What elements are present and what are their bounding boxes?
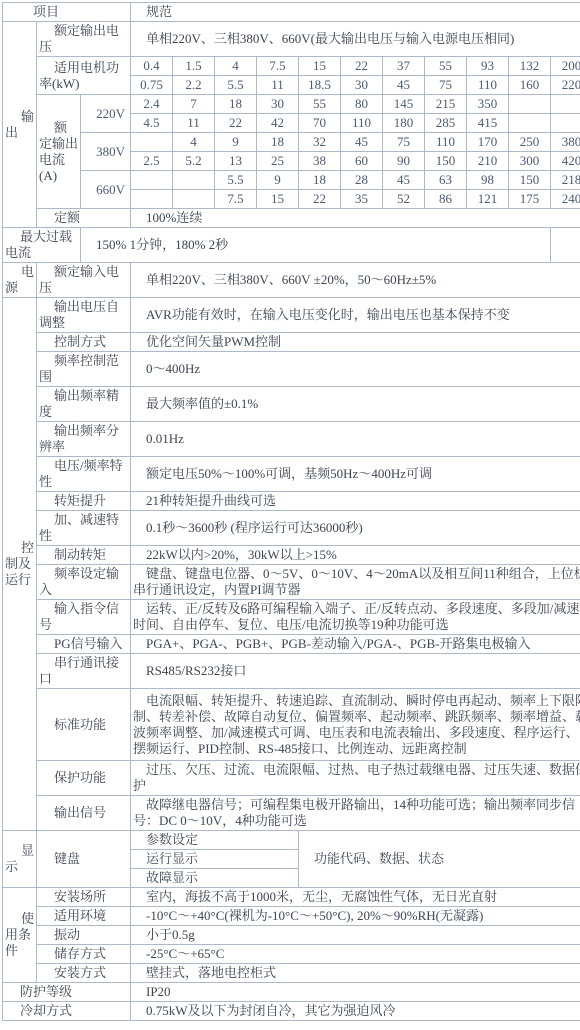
control-row-spec: 额定电压50%～100%可调，基频50Hz～400Hz可调: [131, 457, 580, 492]
rated-input-voltage-spec: 单相220V、三相380V、660V ±20%，50～60Hz±5%: [131, 263, 580, 298]
control-row: 输入指令信号 运转、正/反转及6路可编程输入端子、正/反转点动、多段速度、多段加…: [3, 600, 580, 635]
control-row-spec: 过压、欠压、过流、电流限幅、过热、电子热过载继电器、过压失速、数据保护: [131, 761, 580, 796]
display-content-cell: 功能代码、数据、状态: [299, 831, 580, 888]
control-row: PG信号输入 PGA+、PGA-、PGB+、PGB-差动输入/PGA-、PGB-…: [3, 635, 580, 654]
control-row-label: 输出信号: [37, 796, 131, 831]
condition-label: 振动: [37, 926, 131, 945]
rated-current-row-380v: 380V 4918324575110170250380: [3, 133, 580, 152]
value-cell: 11: [257, 76, 299, 95]
value-cell: 75: [383, 133, 425, 152]
value-cell: 38: [299, 152, 341, 171]
value-cell: 150: [509, 171, 551, 190]
value-cell: 63: [425, 171, 467, 190]
value-cell: 15: [299, 57, 341, 76]
control-row: 串行通讯接口 RS485/RS232接口: [3, 654, 580, 689]
control-row: 加、减速特性 0.1秒～3600秒 (程序运行可达36000秒): [3, 511, 580, 546]
control-row: 控制方式 优化空间矢量PWM控制: [3, 333, 580, 352]
group-power-supply: 电源: [3, 263, 37, 298]
condition-label: 安装场所: [37, 888, 131, 907]
value-cell: 1.5: [173, 57, 215, 76]
control-row: 频率控制范围 0～400Hz: [3, 352, 580, 387]
control-row-label: 串行通讯接口: [37, 654, 131, 689]
value-cell: 45: [341, 133, 383, 152]
value-cell: 28: [341, 171, 383, 190]
control-row-spec: 22kW以内>20%，30kW以上>15%: [131, 546, 580, 565]
control-row-label: 电压/频率特性: [37, 457, 131, 492]
value-cell: 170: [467, 133, 509, 152]
value-cell: 30: [341, 76, 383, 95]
max-overload-row: 最大过载电流 150% 1分钟，180% 2秒: [3, 228, 580, 263]
value-cell: 32: [299, 133, 341, 152]
condition-row: 使用条件 安装场所 室内，海拔不高于1000米，无尘，无腐蚀性气体，无日光直射: [3, 888, 580, 907]
value-cell: [131, 171, 173, 190]
group-display: 显示: [3, 831, 37, 888]
control-row-label: 转矩提升: [37, 492, 131, 511]
rated-output-voltage-label: 额定输出电压: [37, 22, 131, 57]
rating-row: 定额 100%连续: [3, 209, 580, 228]
protection-grade-row: 防护等级 IP20: [3, 983, 580, 1002]
control-row-spec: RS485/RS232接口: [131, 654, 580, 689]
spec-table: 项目 规范 输出 额定输出电压 单相220V、三相380V、660V(最大输出电…: [2, 2, 580, 1021]
value-cell: 22: [341, 57, 383, 76]
control-row-spec: 21种转矩提升曲线可选: [131, 492, 580, 511]
value-cell: 110: [467, 76, 509, 95]
value-cell: [173, 190, 215, 209]
value-cell: 98: [467, 171, 509, 190]
control-row-spec: 键盘、键盘电位器、0～5V、0～10V、4～20mA以及相互间11种组合，上位机…: [131, 565, 580, 600]
rated-output-voltage-spec: 单相220V、三相380V、660V(最大输出电压与输入电源电压相同): [131, 22, 580, 57]
cooling-label: 冷却方式: [3, 1002, 131, 1021]
value-cell: 80: [341, 95, 383, 114]
value-cell: 380: [551, 133, 580, 152]
condition-row: 振动 小于0.5g: [3, 926, 580, 945]
control-row-label: 制动转矩: [37, 546, 131, 565]
value-cell: 180: [383, 114, 425, 133]
value-cell: 2.2: [173, 76, 215, 95]
value-cell: 121: [467, 190, 509, 209]
control-row-spec: 0.01Hz: [131, 422, 580, 457]
control-row-label: PG信号输入: [37, 635, 131, 654]
value-cell: 35: [341, 190, 383, 209]
value-cell: 4.5: [131, 114, 173, 133]
header-row: 项目 规范: [3, 3, 580, 22]
condition-label: 储存方式: [37, 945, 131, 964]
voltage-380v-label: 380V: [81, 133, 131, 171]
value-cell: 350: [467, 95, 509, 114]
rated-input-voltage-row: 电源 额定输入电压 单相220V、三相380V、660V ±20%，50～60H…: [3, 263, 580, 298]
max-overload-spec: 150% 1分钟，180% 2秒: [81, 228, 551, 263]
control-row-spec: 运转、正/反转及6路可编程输入端子、正/反转点动、多段速度、多段加/减速时间、自…: [131, 600, 580, 635]
control-row-spec: 0.1秒～3600秒 (程序运行可达36000秒): [131, 511, 580, 546]
control-row: 标准功能 电流限幅、转矩提升、转速追踪、直流制动、瞬时停电再起动、频率上下限限制…: [3, 689, 580, 761]
value-cell: 37: [383, 57, 425, 76]
rated-current-label: 额定输出电流(A): [37, 95, 81, 209]
condition-label: 适用环境: [37, 907, 131, 926]
control-row-spec: 0～400Hz: [131, 352, 580, 387]
control-row-label: 输出频率精度: [37, 387, 131, 422]
group-control: 控制及运行: [3, 298, 37, 831]
control-row-label: 输出电压自调整: [37, 298, 131, 333]
value-cell: 18: [215, 95, 257, 114]
value-cell: 18.5: [299, 76, 341, 95]
value-cell: 5.5: [215, 171, 257, 190]
control-row-label: 标准功能: [37, 689, 131, 761]
control-row: 控制及运行 输出电压自调整 AVR功能有效时，在输入电压变化时，输出电压也基本保…: [3, 298, 580, 333]
value-cell: 110: [341, 114, 383, 133]
control-row-spec: PGA+、PGA-、PGB+、PGB-差动输入/PGA-、PGB-开路集电极输入: [131, 635, 580, 654]
control-row-spec: 故障继电器信号；可编程集电极开路输出，14种功能可选；输出频率同步信号：DC 0…: [131, 796, 580, 831]
value-cell: 90: [383, 152, 425, 171]
value-cell: [131, 133, 173, 152]
value-cell: 55: [299, 95, 341, 114]
value-cell: 240: [551, 190, 580, 209]
control-row: 保护功能 过压、欠压、过流、电流限幅、过热、电子热过载继电器、过压失速、数据保护: [3, 761, 580, 796]
voltage-660v-label: 660V: [81, 171, 131, 209]
value-cell: 18: [257, 133, 299, 152]
condition-row: 储存方式 -25°C～+65°C: [3, 945, 580, 964]
display-mode-cell: 参数设定: [131, 831, 299, 850]
condition-label: 安装方式: [37, 964, 131, 983]
value-cell: 60: [341, 152, 383, 171]
group-conditions: 使用条件: [3, 888, 37, 983]
value-cell: 86: [425, 190, 467, 209]
control-row: 输出频率精度 最大频率值的±0.1%: [3, 387, 580, 422]
value-cell: 75: [425, 76, 467, 95]
value-cell: [551, 95, 580, 114]
control-row-spec: AVR功能有效时，在输入电压变化时，输出电压也基本保持不变: [131, 298, 580, 333]
rated-current-row-660v: 660V 5.591828456398150218: [3, 171, 580, 190]
group-output: 输出: [3, 22, 37, 228]
value-cell: 45: [383, 76, 425, 95]
control-row: 转矩提升 21种转矩提升曲线可选: [3, 492, 580, 511]
value-cell: [173, 171, 215, 190]
value-cell: [509, 95, 551, 114]
cooling-spec: 0.75kW及以下为封闭自冷，其它为强迫风冷: [131, 1002, 580, 1021]
value-cell: [131, 190, 173, 209]
control-row-spec: 最大频率值的±0.1%: [131, 387, 580, 422]
voltage-220v-label: 220V: [81, 95, 131, 133]
value-cell: 2.4: [131, 95, 173, 114]
value-cell: 45: [383, 171, 425, 190]
value-cell: 250: [509, 133, 551, 152]
condition-spec: 室内，海拔不高于1000米，无尘，无腐蚀性气体，无日光直射: [131, 888, 580, 907]
value-cell: 132: [509, 57, 551, 76]
control-row-label: 频率控制范围: [37, 352, 131, 387]
display-row: 显示 键盘 参数设定 功能代码、数据、状态: [3, 831, 580, 850]
value-cell: 415: [467, 114, 509, 133]
motor-power-label: 适用电机功率(kW): [37, 57, 131, 95]
condition-spec: 壁挂式，落地电控柜式: [131, 964, 580, 983]
protection-grade-spec: IP20: [131, 983, 580, 1002]
value-cell: 42: [257, 114, 299, 133]
value-cell: 7.5: [257, 57, 299, 76]
value-cell: 13: [215, 152, 257, 171]
value-cell: [551, 114, 580, 133]
value-cell: 420: [551, 152, 580, 171]
rated-input-voltage-label: 额定输入电压: [37, 263, 131, 298]
value-cell: 11: [173, 114, 215, 133]
header-item: 项目: [3, 3, 131, 22]
control-row: 频率设定输入 键盘、键盘电位器、0～5V、0～10V、4～20mA以及相互间11…: [3, 565, 580, 600]
value-cell: 218: [551, 171, 580, 190]
display-mode-cell: 运行显示: [131, 850, 299, 869]
control-row-spec: 电流限幅、转矩提升、转速追踪、直流制动、瞬时停电再起动、频率上下限限制、转差补偿…: [131, 689, 580, 761]
cooling-row: 冷却方式 0.75kW及以下为封闭自冷，其它为强迫风冷: [3, 1002, 580, 1021]
control-row-label: 输出频率分辨率: [37, 422, 131, 457]
motor-power-row: 适用电机功率(kW) 0.41.547.51522375593132200: [3, 57, 580, 76]
control-row-label: 输入指令信号: [37, 600, 131, 635]
value-cell: 15: [257, 190, 299, 209]
value-cell: 22: [215, 114, 257, 133]
control-row-label: 频率设定输入: [37, 565, 131, 600]
rating-spec: 100%连续: [131, 209, 580, 228]
value-cell: 4: [173, 133, 215, 152]
rating-label: 定额: [37, 209, 131, 228]
value-cell: 55: [425, 57, 467, 76]
control-row: 电压/频率特性 额定电压50%～100%可调，基频50Hz～400Hz可调: [3, 457, 580, 492]
condition-spec: 小于0.5g: [131, 926, 580, 945]
value-cell: 7: [173, 95, 215, 114]
control-row-label: 加、减速特性: [37, 511, 131, 546]
value-cell: 150: [425, 152, 467, 171]
condition-spec: -25°C～+65°C: [131, 945, 580, 964]
control-row: 输出频率分辨率 0.01Hz: [3, 422, 580, 457]
header-spec: 规范: [131, 3, 580, 22]
value-cell: 0.75: [131, 76, 173, 95]
value-cell: 18: [299, 171, 341, 190]
control-row: 制动转矩 22kW以内>20%，30kW以上>15%: [3, 546, 580, 565]
value-cell: 285: [425, 114, 467, 133]
value-cell: 52: [383, 190, 425, 209]
value-cell: 4: [215, 57, 257, 76]
value-cell: 70: [299, 114, 341, 133]
control-row-label: 保护功能: [37, 761, 131, 796]
value-cell: 200: [551, 57, 580, 76]
value-cell: [509, 114, 551, 133]
rated-output-voltage-row: 输出 额定输出电压 单相220V、三相380V、660V(最大输出电压与输入电源…: [3, 22, 580, 57]
value-cell: 93: [467, 57, 509, 76]
value-cell: 5.2: [173, 152, 215, 171]
value-cell: 220: [551, 76, 580, 95]
protection-grade-label: 防护等级: [3, 983, 131, 1002]
value-cell: 9: [257, 171, 299, 190]
value-cell: 7.5: [215, 190, 257, 209]
control-row-spec: 优化空间矢量PWM控制: [131, 333, 580, 352]
value-cell: 30: [257, 95, 299, 114]
value-cell: 300: [509, 152, 551, 171]
value-cell: 215: [425, 95, 467, 114]
value-cell: 160: [509, 76, 551, 95]
condition-row: 适用环境 -10°C～+40°C(裸机为-10°C～+50°C), 20%～90…: [3, 907, 580, 926]
spec-sheet: 项目 规范 输出 额定输出电压 单相220V、三相380V、660V(最大输出电…: [0, 0, 580, 1030]
keyboard-label: 键盘: [37, 831, 131, 888]
max-overload-label: 最大过载电流: [3, 228, 81, 263]
control-row-label: 控制方式: [37, 333, 131, 352]
display-mode-cell: 故障显示: [131, 869, 299, 888]
condition-row: 安装方式 壁挂式，落地电控柜式: [3, 964, 580, 983]
rated-current-row-220v: 额定输出电流(A) 220V 2.4718305580145215350: [3, 95, 580, 114]
value-cell: 0.4: [131, 57, 173, 76]
value-cell: 5.5: [215, 76, 257, 95]
value-cell: 210: [467, 152, 509, 171]
value-cell: 2.5: [131, 152, 173, 171]
value-cell: 175: [509, 190, 551, 209]
value-cell: 110: [425, 133, 467, 152]
value-cell: 9: [215, 133, 257, 152]
value-cell: 25: [257, 152, 299, 171]
value-cell: 22: [299, 190, 341, 209]
value-cell: 145: [383, 95, 425, 114]
condition-spec: -10°C～+40°C(裸机为-10°C～+50°C), 20%～90%RH(无…: [131, 907, 580, 926]
control-row: 输出信号 故障继电器信号；可编程集电极开路输出，14种功能可选；输出频率同步信号…: [3, 796, 580, 831]
